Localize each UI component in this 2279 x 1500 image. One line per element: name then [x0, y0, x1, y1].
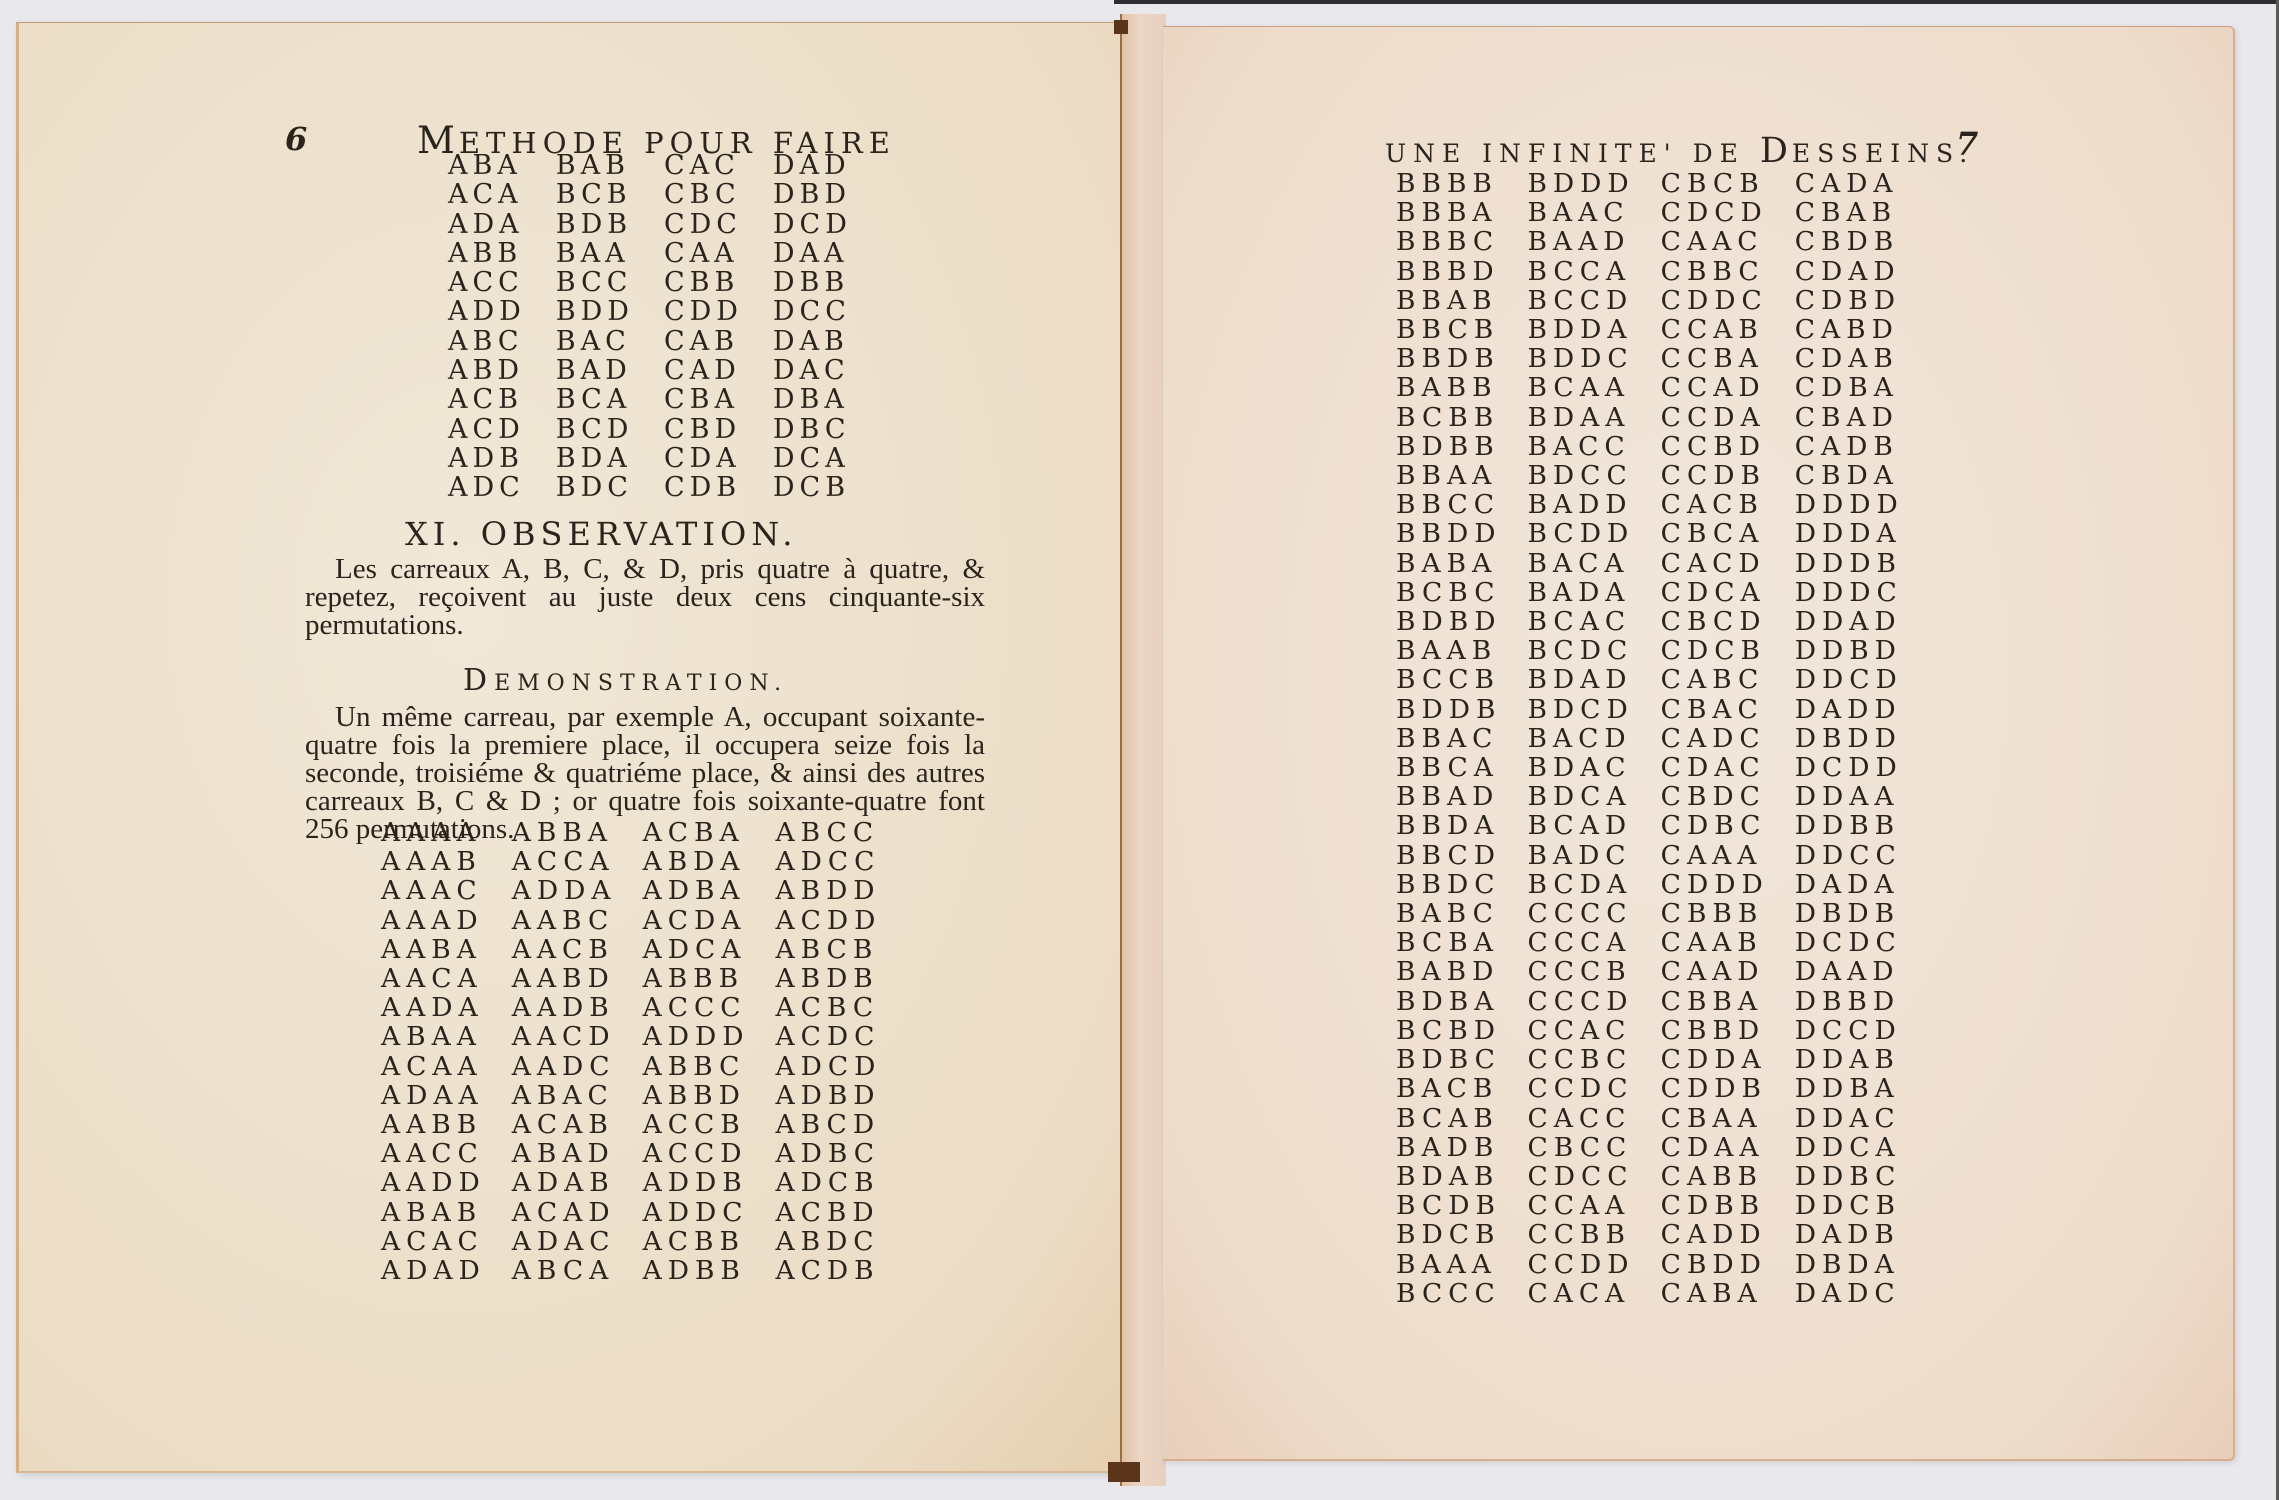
permutation-cell: BCDD [1501, 519, 1634, 548]
permutation-cell: ACDC [749, 1022, 881, 1051]
permutation-cell: BDBA [1396, 987, 1501, 1016]
table-row: BBBABAACCDCDCBAB [1396, 198, 1904, 227]
permutation-cell: DADB [1769, 1220, 1904, 1249]
permutation-cell: DCD [743, 210, 852, 239]
permutation-cell: CBDA [1769, 461, 1904, 490]
permutation-cell: CCCB [1501, 957, 1634, 986]
permutation-cell: ABB [448, 239, 526, 268]
permutation-cell: DADA [1769, 870, 1904, 899]
permutation-cell: ABA [448, 151, 526, 180]
permutation-cell: ACAB [486, 1110, 617, 1139]
table-row: BABDCCCBCAADDAAD [1396, 957, 1904, 986]
permutation-cell: BDAD [1501, 665, 1634, 694]
table-row: ADABDBCDCDCD [448, 210, 852, 239]
permutation-cell: BCDC [1501, 636, 1634, 665]
permutation-cell: CABB [1635, 1162, 1769, 1191]
permutation-cell: ADD [448, 297, 526, 326]
permutation-cell: BBBD [1396, 257, 1501, 286]
permutation-cell: ADDD [617, 1022, 750, 1051]
permutation-cell: BAC [526, 327, 634, 356]
permutation-cell: DDBC [1769, 1162, 1904, 1191]
permutation-cell: ADCA [617, 935, 750, 964]
permutation-cell: CDBA [1769, 373, 1904, 402]
table-row: BADBCBCCCDAADDCA [1396, 1133, 1904, 1162]
permutation-cell: DADD [1769, 695, 1904, 724]
permutation-cell: BCAC [1501, 607, 1634, 636]
table-row: AAAAABBAACBAABCC [381, 818, 881, 847]
permutation-cell: BCAB [1396, 1104, 1501, 1133]
gutter-leaf [1120, 14, 1166, 1486]
running-head: UNE INFINITE' DE DESSEINS. [1385, 131, 1974, 171]
table-row: BDBDBCACCBCDDDAD [1396, 607, 1904, 636]
permutation-cell: CADD [1635, 1220, 1769, 1249]
permutation-cell: BDC [526, 473, 634, 502]
permutation-cell: CBCD [1635, 607, 1769, 636]
permutation-cell: BACC [1501, 432, 1634, 461]
table-row: ABABACADADDCACBD [381, 1198, 881, 1227]
permutation-cell: CCBA [1635, 344, 1769, 373]
permutation-cell: BAAB [1396, 636, 1501, 665]
permutation-cell: BABA [1396, 549, 1501, 578]
permutation-cell: BDCA [1501, 782, 1634, 811]
permutation-cell: DAA [743, 239, 852, 268]
permutation-cell: DBC [743, 415, 852, 444]
permutation-cell: BBBB [1396, 169, 1501, 198]
table-row: BCCCCACACABADADC [1396, 1279, 1904, 1308]
permutation-cell: BDBC [1396, 1045, 1501, 1074]
permutation-cell: ACBD [749, 1198, 881, 1227]
spine-edge-bottom [1108, 1462, 1140, 1482]
permutation-cell: AACB [486, 935, 617, 964]
permutation-cell: ADAB [486, 1168, 617, 1197]
permutation-cell: BAA [526, 239, 634, 268]
permutation-cell: CBCA [1635, 519, 1769, 548]
permutation-cell: ADAA [381, 1081, 486, 1110]
permutation-cell: CCAD [1635, 373, 1769, 402]
permutation-cell: ADDC [617, 1198, 750, 1227]
permutation-cell: BCDB [1396, 1191, 1501, 1220]
table-row: BABBBCAACCADCDBA [1396, 373, 1904, 402]
permutation-cell: ABAA [381, 1022, 486, 1051]
permutation-cell: ABDB [749, 964, 881, 993]
permutation-cell: CADB [1769, 432, 1904, 461]
permutation-cell: BDCD [1501, 695, 1634, 724]
permutation-cell: BADB [1396, 1133, 1501, 1162]
permutation-cell: CACC [1501, 1104, 1634, 1133]
permutation-cell: CDAA [1635, 1133, 1769, 1162]
permutation-cell: ABCA [486, 1256, 617, 1285]
table-row: BDBACCCDCBBADBBD [1396, 987, 1904, 1016]
permutation-cell: CDDA [1635, 1045, 1769, 1074]
permutation-cell: BABC [1396, 899, 1501, 928]
permutation-cell: BDDD [1501, 169, 1634, 198]
permutation-cell: BCD [526, 415, 634, 444]
permutation-cell: BBCA [1396, 753, 1501, 782]
permutation-cell: AACC [381, 1139, 486, 1168]
table-row: ADCBDCCDBDCB [448, 473, 852, 502]
permutation-cell: ABDC [749, 1227, 881, 1256]
permutation-cell: CBAC [1635, 695, 1769, 724]
permutation-cell: CBBB [1635, 899, 1769, 928]
permutation-cell: DBDA [1769, 1250, 1904, 1279]
permutation-cell: CDCC [1501, 1162, 1634, 1191]
permutation-cell: CCBB [1501, 1220, 1634, 1249]
permutation-cell: CDD [634, 297, 743, 326]
table-row: BBDCBCDACDDDDADA [1396, 870, 1904, 899]
permutation-cell: DCDD [1769, 753, 1904, 782]
table-row: BBBCBAADCAACCBDB [1396, 227, 1904, 256]
permutation-cell: CADC [1635, 724, 1769, 753]
permutation-cell: CBBA [1635, 987, 1769, 1016]
table-row: BAABBCDCCDCBDDBD [1396, 636, 1904, 665]
table-row: BBAABDCCCCDBCBDA [1396, 461, 1904, 490]
permutation-cell: DBDB [1769, 899, 1904, 928]
permutation-cell: DDDB [1769, 549, 1904, 578]
permutation-cell: CCCC [1501, 899, 1634, 928]
table-row: ABBBAACAADAA [448, 239, 852, 268]
permutation-cell: DDCC [1769, 841, 1904, 870]
page-number: 6 [285, 120, 307, 158]
demonstration-heading: DEMONSTRATION. [463, 663, 788, 698]
permutation-cell: DCA [743, 444, 852, 473]
permutation-cell: CBBC [1635, 257, 1769, 286]
permutation-cell: BCCD [1501, 286, 1634, 315]
permutation-cell: ADBC [749, 1139, 881, 1168]
permutation-cell: CDCA [1635, 578, 1769, 607]
permutation-cell: ACA [448, 180, 526, 209]
permutation-cell: DBB [743, 268, 852, 297]
permutation-cell: ADCD [749, 1052, 881, 1081]
permutation-cell: DDAC [1769, 1104, 1904, 1133]
permutation-cell: CCCA [1501, 928, 1634, 957]
permutation-cell: DCB [743, 473, 852, 502]
table-row: AADDADABADDBADCB [381, 1168, 881, 1197]
permutation-cell: BCBC [1396, 578, 1501, 607]
table-row: BBCABDACCDACDCDD [1396, 753, 1904, 782]
permutation-cell: CAAC [1635, 227, 1769, 256]
permutation-cell: BCCB [1396, 665, 1501, 694]
table-row: BCBACCCACAABDCDC [1396, 928, 1904, 957]
table-row: AABBACABACCBABCD [381, 1110, 881, 1139]
permutation-cell: DDCA [1769, 1133, 1904, 1162]
permutation-cell: BCDA [1501, 870, 1634, 899]
permutation-cell: BBAB [1396, 286, 1501, 315]
four-letter-permutation-table-a: AAAAABBAACBAABCCAAABACCAABDAADCCAAACADDA… [381, 818, 881, 1285]
permutation-cell: ACAD [486, 1198, 617, 1227]
table-row: BABABACACACDDDDB [1396, 549, 1904, 578]
permutation-cell: CBC [634, 180, 743, 209]
permutation-cell: BBDA [1396, 811, 1501, 840]
permutation-cell: BBDD [1396, 519, 1501, 548]
permutation-cell: BCBB [1396, 403, 1501, 432]
permutation-cell: BCB [526, 180, 634, 209]
permutation-cell: BACB [1396, 1074, 1501, 1103]
permutation-cell: CBDC [1635, 782, 1769, 811]
table-row: BBCDBADCCAAADDCC [1396, 841, 1904, 870]
permutation-cell: ABAB [381, 1198, 486, 1227]
permutation-cell: ACCD [617, 1139, 750, 1168]
permutation-cell: CCCD [1501, 987, 1634, 1016]
permutation-cell: BCBA [1396, 928, 1501, 957]
permutation-cell: BADA [1501, 578, 1634, 607]
permutation-cell: AABC [486, 906, 617, 935]
permutation-cell: ADBD [749, 1081, 881, 1110]
permutation-cell: ABDD [749, 876, 881, 905]
permutation-cell: ABBA [486, 818, 617, 847]
permutation-cell: CBAD [1769, 403, 1904, 432]
page-number: 7 [1956, 125, 1978, 163]
permutation-cell: CCAB [1635, 315, 1769, 344]
permutation-cell: ACDD [749, 906, 881, 935]
table-row: BBCCBADDCACBDDDD [1396, 490, 1904, 519]
permutation-cell: BCC [526, 268, 634, 297]
table-row: BDABCDCCCABBDDBC [1396, 1162, 1904, 1191]
permutation-cell: DDBB [1769, 811, 1904, 840]
permutation-cell: ACCB [617, 1110, 750, 1139]
permutation-cell: ABCD [749, 1110, 881, 1139]
permutation-cell: BACA [1501, 549, 1634, 578]
permutation-cell: ACAA [381, 1052, 486, 1081]
permutation-cell: CABD [1769, 315, 1904, 344]
permutation-cell: BCAD [1501, 811, 1634, 840]
permutation-cell: BAD [526, 356, 634, 385]
table-row: ACDBCDCBDDBC [448, 415, 852, 444]
table-row: BCDBCCAACDBBDDCB [1396, 1191, 1904, 1220]
table-row: BABCCCCCCBBBDBDB [1396, 899, 1904, 928]
permutation-cell: CDCD [1635, 198, 1769, 227]
permutation-cell: BABB [1396, 373, 1501, 402]
permutation-cell: ABDA [617, 847, 750, 876]
permutation-cell: BCAA [1501, 373, 1634, 402]
permutation-cell: DDDD [1769, 490, 1904, 519]
permutation-cell: DDBD [1769, 636, 1904, 665]
permutation-cell: ACDA [617, 906, 750, 935]
table-row: ABABABCACDAD [448, 151, 852, 180]
permutation-cell: AAAC [381, 876, 486, 905]
permutation-cell: DDCB [1769, 1191, 1904, 1220]
permutation-cell: BBDC [1396, 870, 1501, 899]
permutation-cell: BADD [1501, 490, 1634, 519]
permutation-cell: CDBD [1769, 286, 1904, 315]
permutation-cell: CCDB [1635, 461, 1769, 490]
permutation-cell: CDCB [1635, 636, 1769, 665]
table-row: BBCBBDDACCABCABD [1396, 315, 1904, 344]
table-row: BBBBBDDDCBCBCADA [1396, 169, 1904, 198]
permutation-cell: BAB [526, 151, 634, 180]
permutation-cell: ADCB [749, 1168, 881, 1197]
permutation-cell: AADA [381, 993, 486, 1022]
permutation-cell: ACD [448, 415, 526, 444]
permutation-cell: BDD [526, 297, 634, 326]
permutation-cell: BDDA [1501, 315, 1634, 344]
permutation-cell: ADBA [617, 876, 750, 905]
permutation-cell: AABD [486, 964, 617, 993]
permutation-cell: CCBC [1501, 1045, 1634, 1074]
table-row: BCBCBADACDCADDDC [1396, 578, 1904, 607]
permutation-cell: CABA [1635, 1279, 1769, 1308]
permutation-cell: CDC [634, 210, 743, 239]
permutation-cell: CDAB [1769, 344, 1904, 373]
permutation-cell: CDDC [1635, 286, 1769, 315]
table-row: ABDBADCADDAC [448, 356, 852, 385]
table-row: ADAAABACABBDADBD [381, 1081, 881, 1110]
permutation-cell: CACB [1635, 490, 1769, 519]
permutation-cell: CAB [634, 327, 743, 356]
table-row: BBBDBCCACBBCCDAD [1396, 257, 1904, 286]
table-row: BACBCCDCCDDBDDBA [1396, 1074, 1904, 1103]
permutation-cell: BDDB [1396, 695, 1501, 724]
permutation-cell: CBAB [1769, 198, 1904, 227]
permutation-cell: AAAD [381, 906, 486, 935]
permutation-cell: DDAA [1769, 782, 1904, 811]
permutation-cell: BCCA [1501, 257, 1634, 286]
permutation-cell: AACD [486, 1022, 617, 1051]
permutation-cell: ABBB [617, 964, 750, 993]
permutation-cell: BCA [526, 385, 634, 414]
permutation-cell: DCCD [1769, 1016, 1904, 1045]
spine-edge [1114, 20, 1128, 34]
permutation-cell: AAAA [381, 818, 486, 847]
permutation-cell: ACBA [617, 818, 750, 847]
table-row: BCBBBDAACCDACBAD [1396, 403, 1904, 432]
permutation-cell: CABC [1635, 665, 1769, 694]
permutation-cell: BBDB [1396, 344, 1501, 373]
permutation-cell: BBCC [1396, 490, 1501, 519]
permutation-cell: CCDC [1501, 1074, 1634, 1103]
permutation-cell: AADB [486, 993, 617, 1022]
permutation-cell: BBAD [1396, 782, 1501, 811]
permutation-cell: CBB [634, 268, 743, 297]
permutation-cell: BDAB [1396, 1162, 1501, 1191]
permutation-cell: BAAA [1396, 1250, 1501, 1279]
table-row: AAADAABCACDAACDD [381, 906, 881, 935]
table-row: ADADABCAADBBACDB [381, 1256, 881, 1285]
permutation-cell: CBCB [1635, 169, 1769, 198]
permutation-cell: CAD [634, 356, 743, 385]
permutation-cell: ACBC [749, 993, 881, 1022]
table-row: BBDABCADCDBCDDBB [1396, 811, 1904, 840]
permutation-cell: BBAA [1396, 461, 1501, 490]
permutation-cell: ADA [448, 210, 526, 239]
permutation-cell: CADA [1769, 169, 1904, 198]
table-row: BBADBDCACBDCDDAA [1396, 782, 1904, 811]
permutation-cell: CBAA [1635, 1104, 1769, 1133]
permutation-cell: ACDB [749, 1256, 881, 1285]
table-row: ACACADACACBBABDC [381, 1227, 881, 1256]
permutation-cell: DAC [743, 356, 852, 385]
permutation-cell: BDAA [1501, 403, 1634, 432]
permutation-cell: CCAA [1501, 1191, 1634, 1220]
four-letter-permutation-table-b: BBBBBDDDCBCBCADABBBABAACCDCDCBABBBBCBAAD… [1396, 169, 1904, 1308]
permutation-cell: CAA [634, 239, 743, 268]
permutation-cell: CBBD [1635, 1016, 1769, 1045]
permutation-cell: ABAC [486, 1081, 617, 1110]
table-row: BCBDCCACCBBDDCCD [1396, 1016, 1904, 1045]
table-row: BCCBBDADCABCDDCD [1396, 665, 1904, 694]
permutation-cell: DAB [743, 327, 852, 356]
table-row: ACCBCCCBBDBB [448, 268, 852, 297]
permutation-cell: ABBC [617, 1052, 750, 1081]
table-row: AAACADDAADBAABDD [381, 876, 881, 905]
permutation-cell: ACCA [486, 847, 617, 876]
permutation-cell: DDCD [1769, 665, 1904, 694]
permutation-cell: BDB [526, 210, 634, 239]
permutation-cell: DBBD [1769, 987, 1904, 1016]
table-row: BDBCCCBCCDDADDAB [1396, 1045, 1904, 1074]
permutation-cell: BBCB [1396, 315, 1501, 344]
observation-paragraph: Les carreaux A, B, C, & D, pris quatre à… [305, 555, 985, 639]
permutation-cell: CDAD [1769, 257, 1904, 286]
table-row: AABAAACBADCAABCB [381, 935, 881, 964]
permutation-cell: CDDB [1635, 1074, 1769, 1103]
permutation-cell: BDAC [1501, 753, 1634, 782]
permutation-cell: BDCB [1396, 1220, 1501, 1249]
permutation-cell: BAAD [1501, 227, 1634, 256]
permutation-cell: CACA [1501, 1279, 1634, 1308]
permutation-cell: AADC [486, 1052, 617, 1081]
permutation-cell: DAD [743, 151, 852, 180]
permutation-cell: ABC [448, 327, 526, 356]
permutation-cell: DDAB [1769, 1045, 1904, 1074]
permutation-cell: BDBB [1396, 432, 1501, 461]
permutation-cell: BBBA [1396, 198, 1501, 227]
permutation-cell: ACBB [617, 1227, 750, 1256]
table-row: BDDBBDCDCBACDADD [1396, 695, 1904, 724]
permutation-cell: CAAD [1635, 957, 1769, 986]
permutation-cell: CAC [634, 151, 743, 180]
table-row: BDCBCCBBCADDDADB [1396, 1220, 1904, 1249]
permutation-cell: ABBD [617, 1081, 750, 1110]
table-row: BBDBBDDCCCBACDAB [1396, 344, 1904, 373]
permutation-cell: CAAA [1635, 841, 1769, 870]
permutation-cell: BDCC [1501, 461, 1634, 490]
table-row: BCABCACCCBAADDAC [1396, 1104, 1904, 1133]
permutation-cell: ABAD [486, 1139, 617, 1168]
table-row: ADBBDACDADCA [448, 444, 852, 473]
permutation-cell: CBD [634, 415, 743, 444]
permutation-cell: BADC [1501, 841, 1634, 870]
permutation-cell: CCDD [1501, 1250, 1634, 1279]
table-row: ADDBDDCDDDCC [448, 297, 852, 326]
table-row: AADAAADBACCCACBC [381, 993, 881, 1022]
right-page: UNE INFINITE' DE DESSEINS. 7 BBBBBDDDCBC… [1163, 26, 2235, 1461]
permutation-cell: ADC [448, 473, 526, 502]
permutation-cell: ABD [448, 356, 526, 385]
permutation-cell: AAAB [381, 847, 486, 876]
permutation-cell: ADBB [617, 1256, 750, 1285]
permutation-cell: CDB [634, 473, 743, 502]
left-page: 6 METHODE POUR FAIRE ABABABCACDADACABCBC… [16, 22, 1124, 1473]
permutation-cell: ABCC [749, 818, 881, 847]
table-row: AAABACCAABDAADCC [381, 847, 881, 876]
permutation-cell: ACAC [381, 1227, 486, 1256]
permutation-cell: ACC [448, 268, 526, 297]
permutation-cell: DADC [1769, 1279, 1904, 1308]
permutation-cell: AABB [381, 1110, 486, 1139]
permutation-cell: CDDD [1635, 870, 1769, 899]
permutation-cell: AABA [381, 935, 486, 964]
table-row: BAAACCDDCBDDDBDA [1396, 1250, 1904, 1279]
permutation-cell: ADDA [486, 876, 617, 905]
permutation-cell: DDDA [1769, 519, 1904, 548]
permutation-cell: BDBD [1396, 607, 1501, 636]
table-row: ACBBCACBADBA [448, 385, 852, 414]
permutation-cell: ABCB [749, 935, 881, 964]
permutation-cell: DCDC [1769, 928, 1904, 957]
permutation-cell: CCDA [1635, 403, 1769, 432]
permutation-cell: DDAD [1769, 607, 1904, 636]
viewer-top-border [1114, 0, 2279, 4]
